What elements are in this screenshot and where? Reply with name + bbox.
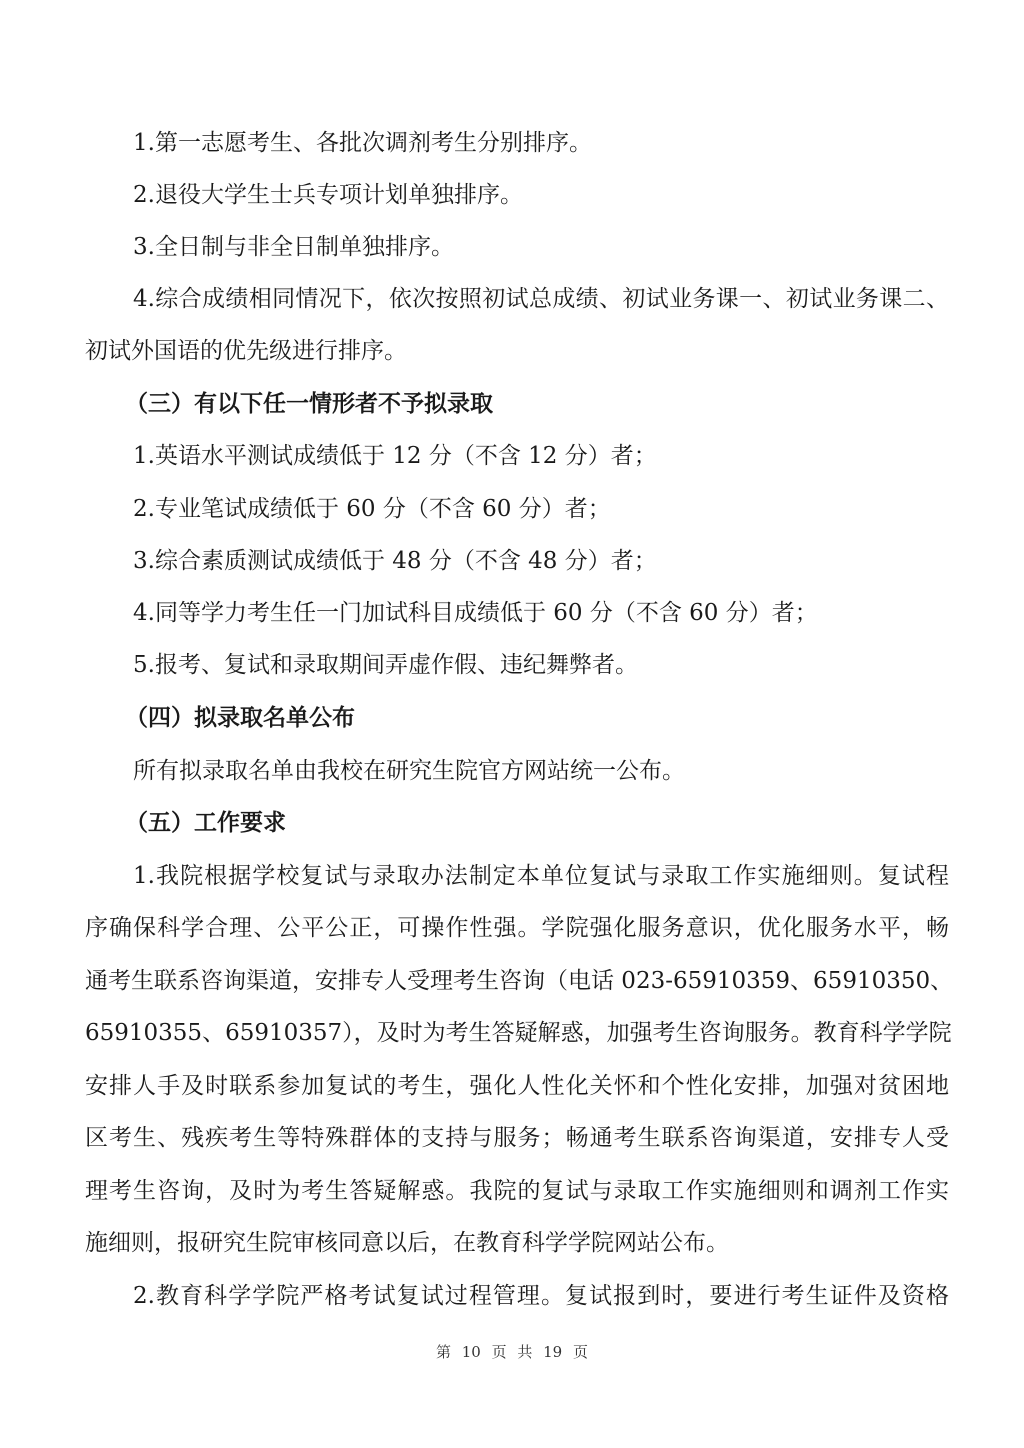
section-heading: （三）有以下任一情形者不予拟录取 [85,389,949,419]
text-line: 施细则，报研究生院审核同意以后，在教育科学学院网站公布。 [85,1228,949,1258]
text-line: 5.报考、复试和录取期间弄虚作假、违纪舞弊者。 [85,650,949,680]
section-heading: （五）工作要求 [85,808,949,838]
text-line: 2.教育科学学院严格考试复试过程管理。复试报到时，要进行考生证件及资格 [85,1281,949,1311]
text-line: 理考生咨询，及时为考生答疑解惑。我院的复试与录取工作实施细则和调剂工作实 [85,1176,949,1206]
section-heading: （四）拟录取名单公布 [85,703,949,733]
text-line: 1.第一志愿考生、各批次调剂考生分别排序。 [85,128,949,158]
page-number-footer: 第 10 页 共 19 页 [0,1341,1024,1362]
text-line: 序确保科学合理、公平公正，可操作性强。学院强化服务意识，优化服务水平，畅 [85,913,949,943]
text-line: 通考生联系咨询渠道，安排专人受理考生咨询（电话 023-65910359、659… [85,966,949,996]
text-line: 2.退役大学生士兵专项计划单独排序。 [85,180,949,210]
text-line: 65910355、65910357），及时为考生答疑解惑，加强考生咨询服务。教育… [85,1018,949,1048]
text-line: 2.专业笔试成绩低于 60 分（不含 60 分）者； [85,494,949,524]
text-line: 初试外国语的优先级进行排序。 [85,336,949,366]
text-line: 4.综合成绩相同情况下，依次按照初试总成绩、初试业务课一、初试业务课二、 [85,284,949,314]
text-line: 安排人手及时联系参加复试的考生，强化人性化关怀和个性化安排，加强对贫困地 [85,1071,949,1101]
text-line: 4.同等学力考生任一门加试科目成绩低于 60 分（不含 60 分）者； [85,598,949,628]
text-line: 1.我院根据学校复试与录取办法制定本单位复试与录取工作实施细则。复试程 [85,861,949,891]
text-line: 1.英语水平测试成绩低于 12 分（不含 12 分）者； [85,441,949,471]
text-line: 3.全日制与非全日制单独排序。 [85,232,949,262]
text-line: 3.综合素质测试成绩低于 48 分（不含 48 分）者； [85,546,949,576]
text-line: 所有拟录取名单由我校在研究生院官方网站统一公布。 [85,756,949,786]
text-line: 区考生、残疾考生等特殊群体的支持与服务；畅通考生联系咨询渠道，安排专人受 [85,1123,949,1153]
